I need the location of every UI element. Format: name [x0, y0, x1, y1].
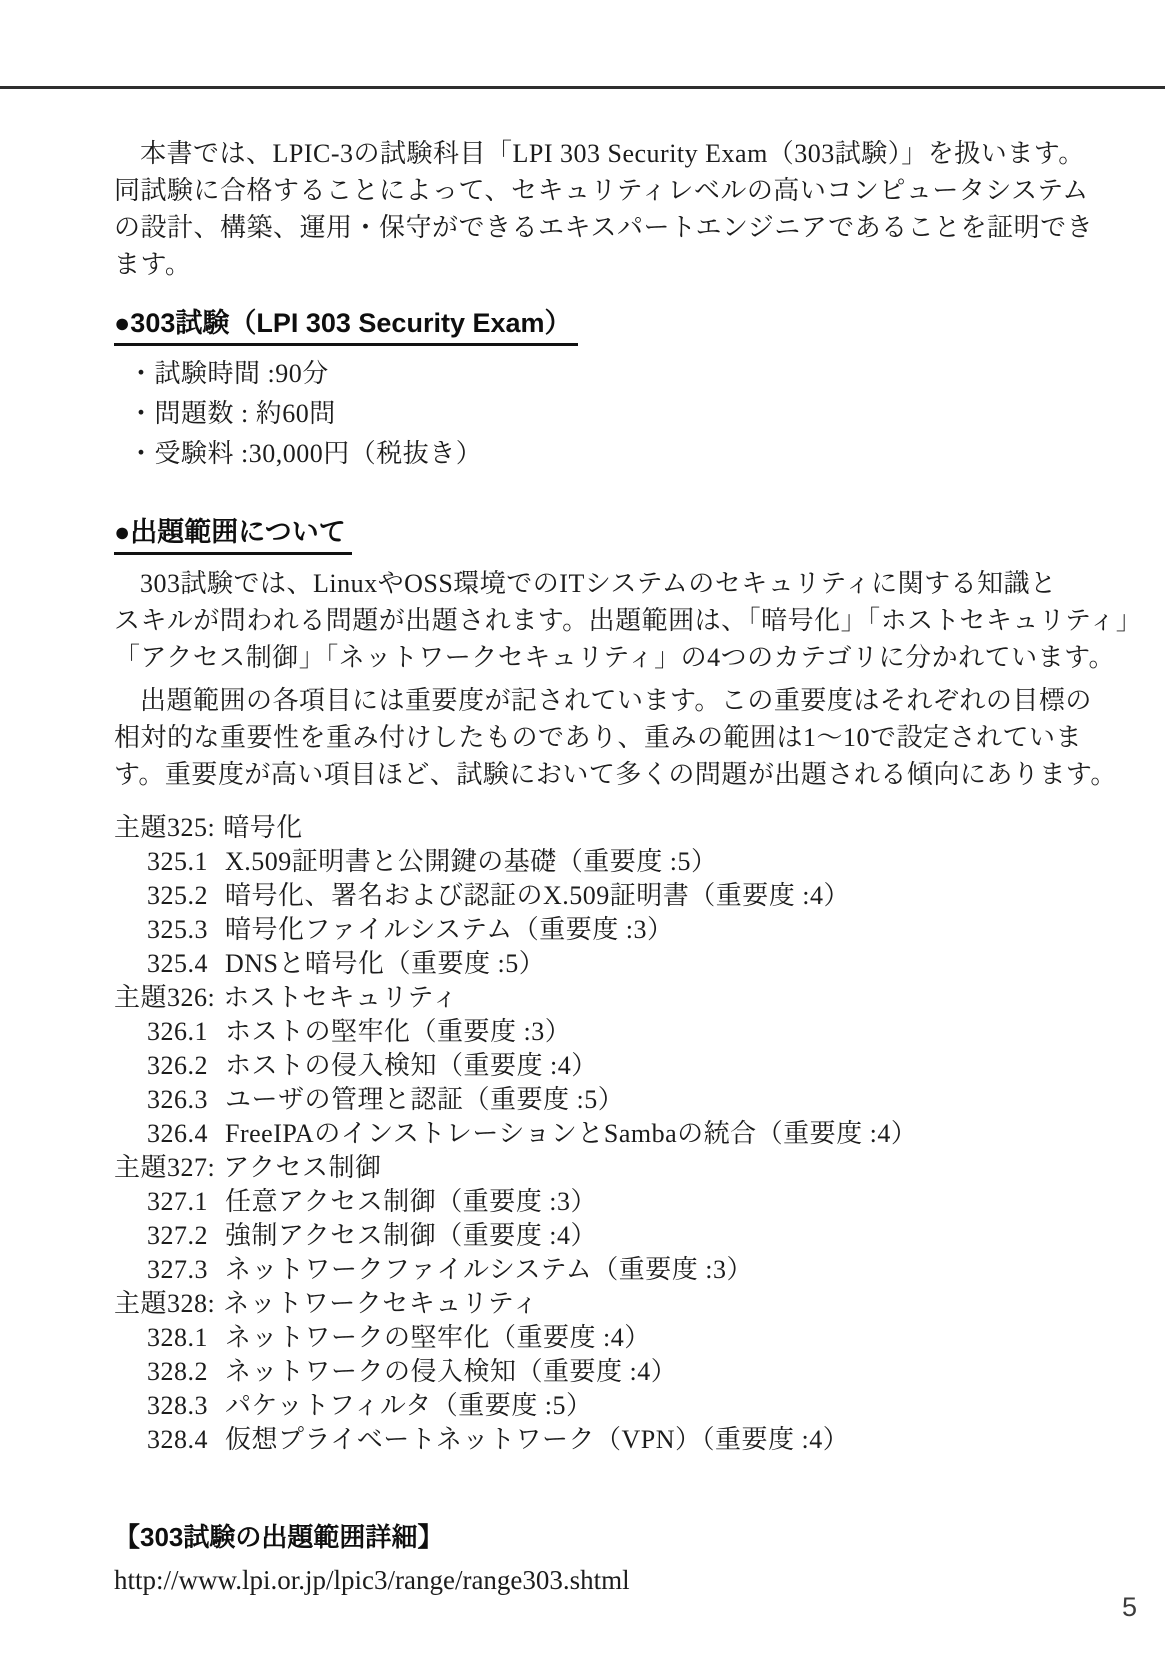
text-line: 303試験では、LinuxやOSS環境でのITシステムのセキュリティに関する知識…	[114, 565, 1047, 602]
subtopic-title: 仮想プライベートネットワーク（VPN）（重要度 :4）	[225, 1425, 849, 1454]
exam-topics-outline: 主題325:暗号化325.1X.509証明書と公開鍵の基礎（重要度 :5）325…	[114, 811, 1047, 1457]
topic-row: 主題328:ネットワークセキュリティ	[114, 1287, 1047, 1321]
topic-title: ネットワークセキュリティ	[223, 1289, 538, 1318]
subtopic-row: 327.3ネットワークファイルシステム（重要度 :3）	[114, 1253, 1047, 1287]
subtopic-number: 328.3	[147, 1389, 225, 1423]
exam-facts-list: ・試験時間 :90分・問題数 : 約60問・受験料 :30,000円（税抜き）	[114, 354, 1047, 474]
subtopic-title: 任意アクセス制御（重要度 :3）	[225, 1187, 597, 1216]
text-line: 同試験に合格することによって、セキュリティレベルの高いコンピュータシステム	[114, 172, 1047, 209]
text-line: ます。	[114, 246, 1047, 283]
topic-label: 主題325:	[114, 811, 215, 845]
topic-row: 主題326:ホストセキュリティ	[114, 981, 1047, 1015]
subtopic-title: DNSと暗号化（重要度 :5）	[225, 949, 545, 978]
book-page: { "intro": { "lines": [ "本書では、LPIC-3の試験科…	[0, 0, 1165, 1654]
subtopic-title: 暗号化、署名および認証のX.509証明書（重要度 :4）	[225, 881, 850, 910]
subtopic-row: 327.1任意アクセス制御（重要度 :3）	[114, 1185, 1047, 1219]
subtopic-title: ネットワークの堅牢化（重要度 :4）	[225, 1323, 651, 1352]
scope-section-heading: ●出題範囲について	[114, 516, 352, 555]
topic-label: 主題326:	[114, 981, 215, 1015]
subtopic-number: 325.1	[147, 845, 225, 879]
intro-paragraph: 本書では、LPIC-3の試験科目「LPI 303 Security Exam（3…	[114, 135, 1047, 283]
topic-title: アクセス制御	[223, 1153, 381, 1182]
subtopic-number: 328.2	[147, 1355, 225, 1389]
scope-paragraph-1: 303試験では、LinuxやOSS環境でのITシステムのセキュリティに関する知識…	[114, 565, 1047, 676]
subtopic-row: 326.3ユーザの管理と認証（重要度 :5）	[114, 1083, 1047, 1117]
header-rule	[0, 86, 1165, 89]
topic-row: 主題327:アクセス制御	[114, 1151, 1047, 1185]
subtopic-title: FreeIPAのインストレーションとSambaの統合（重要度 :4）	[225, 1119, 917, 1148]
text-line: ・受験料 :30,000円（税抜き）	[128, 434, 1047, 474]
subtopic-title: パケットフィルタ（重要度 :5）	[225, 1391, 593, 1420]
subtopic-number: 327.1	[147, 1185, 225, 1219]
text-line: の設計、構築、運用・保守ができるエキスパートエンジニアであることを証明でき	[114, 209, 1047, 246]
scope-paragraph-2: 出題範囲の各項目には重要度が記されています。この重要度はそれぞれの目標の相対的な…	[114, 682, 1047, 793]
subtopic-row: 325.4DNSと暗号化（重要度 :5）	[114, 947, 1047, 981]
subtopic-row: 325.2暗号化、署名および認証のX.509証明書（重要度 :4）	[114, 879, 1047, 913]
subtopic-row: 325.3暗号化ファイルシステム（重要度 :3）	[114, 913, 1047, 947]
topic-label: 主題328:	[114, 1287, 215, 1321]
exam-section: ●303試験（LPI 303 Security Exam） ・試験時間 :90分…	[114, 283, 1047, 474]
subtopic-row: 326.1ホストの堅牢化（重要度 :3）	[114, 1015, 1047, 1049]
subtopic-number: 326.1	[147, 1015, 225, 1049]
subtopic-number: 328.1	[147, 1321, 225, 1355]
subtopic-row: 326.2ホストの侵入検知（重要度 :4）	[114, 1049, 1047, 1083]
subtopic-number: 328.4	[147, 1423, 225, 1457]
subtopic-title: X.509証明書と公開鍵の基礎（重要度 :5）	[225, 847, 718, 876]
scope-detail-url: http://www.lpi.or.jp/lpic3/range/range30…	[114, 1563, 1047, 1597]
text-line: ・問題数 : 約60問	[128, 394, 1047, 434]
subtopic-number: 325.2	[147, 879, 225, 913]
subtopic-title: 強制アクセス制御（重要度 :4）	[225, 1221, 597, 1250]
text-line: ・試験時間 :90分	[128, 354, 1047, 394]
text-line: 相対的な重要性を重み付けしたものであり、重みの範囲は1～10で設定されていま	[114, 719, 1047, 756]
text-line: スキルが問われる問題が出題されます。出題範囲は、「暗号化」「ホストセキュリティ」	[114, 602, 1047, 639]
exam-section-heading: ●303試験（LPI 303 Security Exam）	[114, 307, 578, 346]
page-number: 5	[1122, 1592, 1137, 1623]
subtopic-title: ホストの堅牢化（重要度 :3）	[225, 1017, 571, 1046]
text-line: 出題範囲の各項目には重要度が記されています。この重要度はそれぞれの目標の	[114, 682, 1047, 719]
subtopic-title: ユーザの管理と認証（重要度 :5）	[225, 1085, 624, 1114]
text-line: 本書では、LPIC-3の試験科目「LPI 303 Security Exam（3…	[114, 135, 1047, 172]
scope-detail-heading: 【303試験の出題範囲詳細】	[114, 1521, 1047, 1553]
subtopic-row: 326.4FreeIPAのインストレーションとSambaの統合（重要度 :4）	[114, 1117, 1047, 1151]
subtopic-number: 327.2	[147, 1219, 225, 1253]
subtopic-number: 326.3	[147, 1083, 225, 1117]
subtopic-number: 327.3	[147, 1253, 225, 1287]
scope-section: ●出題範囲について 303試験では、LinuxやOSS環境でのITシステムのセキ…	[114, 492, 1047, 793]
subtopic-row: 328.1ネットワークの堅牢化（重要度 :4）	[114, 1321, 1047, 1355]
topic-label: 主題327:	[114, 1151, 215, 1185]
subtopic-title: 暗号化ファイルシステム（重要度 :3）	[225, 915, 673, 944]
subtopic-title: ネットワークの侵入検知（重要度 :4）	[225, 1357, 677, 1386]
subtopic-number: 325.3	[147, 913, 225, 947]
subtopic-number: 326.4	[147, 1117, 225, 1151]
topic-title: 暗号化	[223, 813, 303, 842]
text-line: す。重要度が高い項目ほど、試験において多くの問題が出題される傾向にあります。	[114, 756, 1047, 793]
subtopic-row: 328.4仮想プライベートネットワーク（VPN）（重要度 :4）	[114, 1423, 1047, 1457]
page-content: 本書では、LPIC-3の試験科目「LPI 303 Security Exam（3…	[114, 135, 1047, 1597]
text-line: 「アクセス制御」「ネットワークセキュリティ」の4つのカテゴリに分かれています。	[114, 639, 1047, 676]
subtopic-number: 326.2	[147, 1049, 225, 1083]
topic-title: ホストセキュリティ	[223, 983, 458, 1012]
subtopic-row: 327.2強制アクセス制御（重要度 :4）	[114, 1219, 1047, 1253]
subtopic-row: 328.2ネットワークの侵入検知（重要度 :4）	[114, 1355, 1047, 1389]
subtopic-title: ネットワークファイルシステム（重要度 :3）	[225, 1255, 753, 1284]
topic-row: 主題325:暗号化	[114, 811, 1047, 845]
subtopic-title: ホストの侵入検知（重要度 :4）	[225, 1051, 598, 1080]
subtopic-number: 325.4	[147, 947, 225, 981]
subtopic-row: 328.3パケットフィルタ（重要度 :5）	[114, 1389, 1047, 1423]
subtopic-row: 325.1X.509証明書と公開鍵の基礎（重要度 :5）	[114, 845, 1047, 879]
